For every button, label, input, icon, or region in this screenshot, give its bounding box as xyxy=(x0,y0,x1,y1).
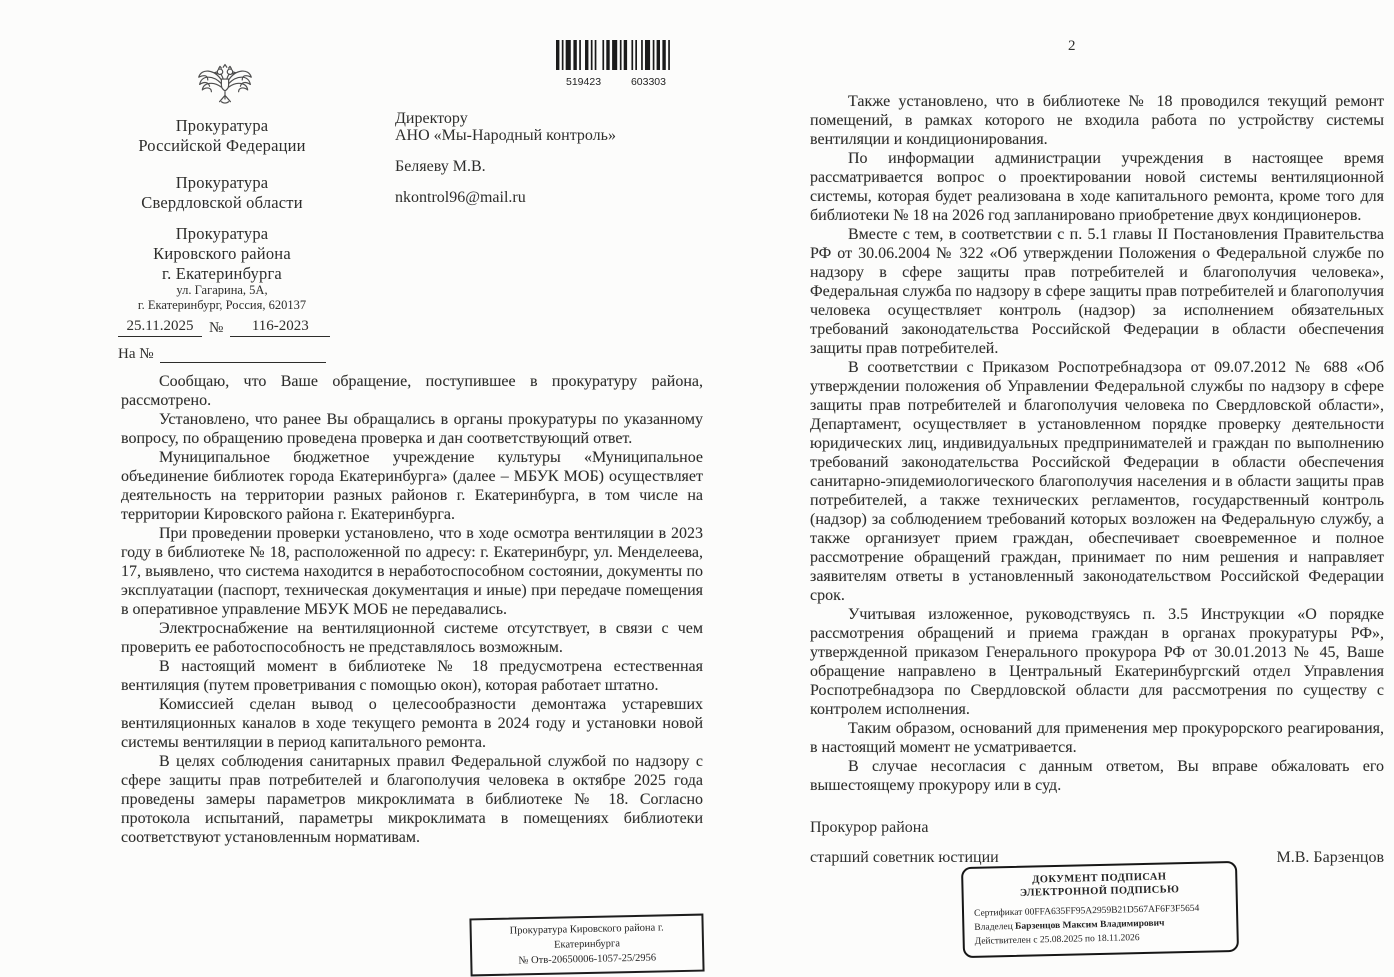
registration-stamp-number: № Отв-20650006-1057-25/2956 xyxy=(476,950,698,970)
signer-position-line2: старший советник юстиции xyxy=(810,848,999,867)
paragraph: Установлено, что ранее Вы обращались в о… xyxy=(121,410,703,448)
paragraph: По информации администрации учреждения в… xyxy=(810,149,1384,225)
paragraph: В случае несогласия с данным ответом, Вы… xyxy=(810,757,1384,795)
reference-blank-line xyxy=(160,345,326,363)
addressee-email: nkontrol96@mail.ru xyxy=(395,189,695,206)
letter-body-page-1: Сообщаю, что Ваше обращение, поступившее… xyxy=(121,372,703,847)
letter-date: 25.11.2025 xyxy=(118,318,202,337)
addressee-title: Директору xyxy=(395,110,695,127)
org-name-federation: Прокуратура Российской Федерации xyxy=(118,116,326,156)
paragraph: В настоящий момент в библиотеке № 18 пре… xyxy=(121,657,703,695)
org-name-region: Прокуратура Свердловской области xyxy=(118,173,326,213)
signer-position-line1: Прокурор района xyxy=(810,818,1384,837)
paragraph: Вместе с тем, в соответствии с п. 5.1 гл… xyxy=(810,225,1384,358)
barcode: 519423 603303 xyxy=(556,40,674,88)
signer-name: М.В. Барзенцов xyxy=(1277,848,1384,867)
reference-number-line: На № xyxy=(118,345,326,363)
scanned-letter: 519423 603303 xyxy=(0,0,1394,977)
date-number-line: 25.11.2025 № 116-2023 xyxy=(118,318,330,337)
registration-stamp-org: Прокуратура Кировского района г. Екатери… xyxy=(476,920,699,955)
paragraph: Учитывая изложенное, руководствуясь п. 3… xyxy=(810,605,1384,719)
org-name-district: Прокуратура Кировского района г. Екатери… xyxy=(118,224,326,284)
esignature-title: ДОКУМЕНТ ПОДПИСАН ЭЛЕКТРОННОЙ ПОДПИСЬЮ xyxy=(973,869,1226,901)
addressee-block: Директору АНО «Мы-Народный контроль» Бел… xyxy=(395,110,695,206)
paragraph: Комиссией сделан вывод о целесообразност… xyxy=(121,695,703,752)
esignature-stamp: ДОКУМЕНТ ПОДПИСАН ЭЛЕКТРОННОЙ ПОДПИСЬЮ С… xyxy=(961,861,1239,958)
paragraph: В соответствии с Приказом Роспотребнадзо… xyxy=(810,358,1384,605)
barcode-bars-icon xyxy=(556,40,674,70)
paragraph: Также установлено, что в библиотеке № 18… xyxy=(810,92,1384,149)
letter-number: 116-2023 xyxy=(230,318,330,337)
coat-of-arms-icon xyxy=(196,60,254,118)
paragraph: Электроснабжение на вентиляционной систе… xyxy=(121,619,703,657)
paragraph: При проведении проверки установлено, что… xyxy=(121,524,703,619)
registration-stamp: Прокуратура Кировского района г. Екатери… xyxy=(469,914,704,977)
addressee-person: Беляеву М.В. xyxy=(395,158,695,175)
paragraph: В целях соблюдения санитарных правил Фед… xyxy=(121,752,703,847)
addressee-organization: АНО «Мы-Народный контроль» xyxy=(395,127,695,144)
paragraph: Муниципальное бюджетное учреждение культ… xyxy=(121,448,703,524)
page-number: 2 xyxy=(1068,38,1076,55)
reference-label: На № xyxy=(118,346,154,363)
paragraph: Сообщаю, что Ваше обращение, поступившее… xyxy=(121,372,703,410)
signature-block: Прокурор района старший советник юстиции… xyxy=(810,818,1384,867)
letter-body-page-2: Также установлено, что в библиотеке № 18… xyxy=(810,92,1384,795)
number-sign: № xyxy=(209,320,223,337)
paragraph: Таким образом, оснований для применения … xyxy=(810,719,1384,757)
barcode-digits-left: 519423 xyxy=(566,76,601,88)
barcode-digits-right: 603303 xyxy=(631,76,666,88)
org-address: ул. Гагарина, 5А, г. Екатеринбург, Росси… xyxy=(118,283,326,313)
barcode-digits: 519423 603303 xyxy=(556,75,674,88)
